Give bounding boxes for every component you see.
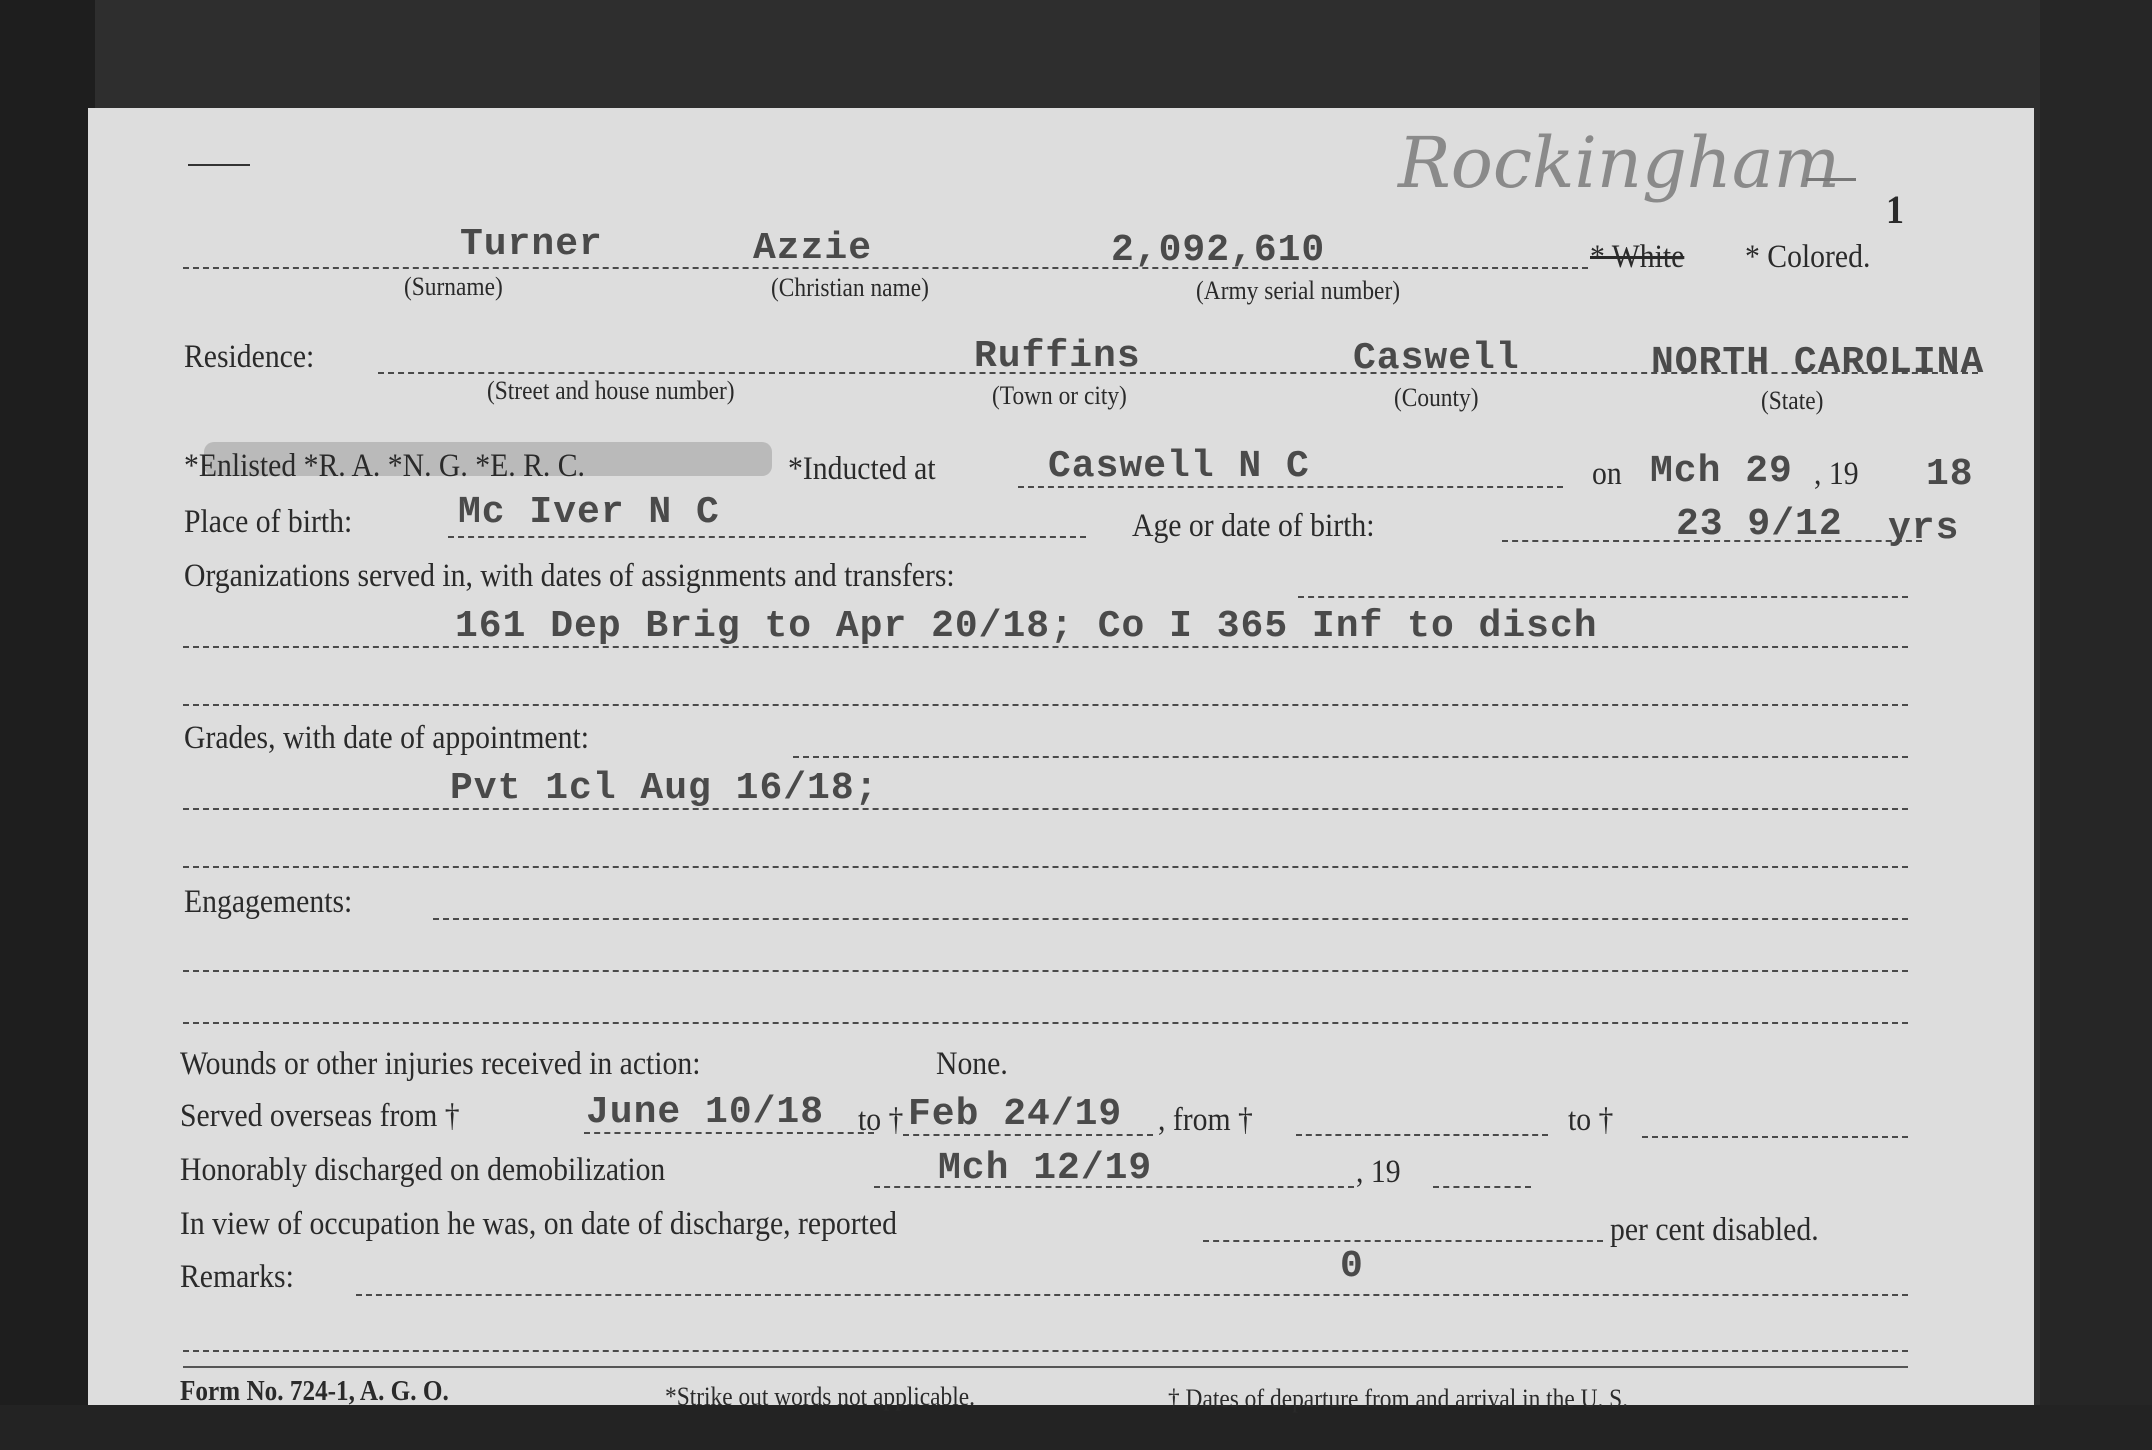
strike-out-note: *Strike out words not applicable. xyxy=(665,1384,975,1410)
place-of-birth-line xyxy=(448,536,1086,538)
state-label: (State) xyxy=(1761,388,1823,414)
organizations-value: 161 Dep Brig to Apr 20/18; Co I 365 Inf … xyxy=(455,608,1598,646)
remarks-label: Remarks: xyxy=(180,1261,294,1294)
on-label: on xyxy=(1592,458,1622,491)
scan-background-right xyxy=(2040,0,2152,1450)
organizations-line-3 xyxy=(183,704,1908,706)
engagements-label: Engagements: xyxy=(184,886,352,919)
surname-value: Turner xyxy=(460,226,603,264)
grades-label: Grades, with date of appointment: xyxy=(184,722,589,755)
enlistment-options-struck: *Enlisted *R. A. *N. G. *E. R. C. xyxy=(184,450,585,483)
overseas-from-value: June 10/18 xyxy=(586,1094,824,1132)
handwritten-county-annotation: Rockingham xyxy=(1398,128,1840,198)
engagements-line-2 xyxy=(183,970,1908,972)
form-number: Form No. 724-1, A. G. O. xyxy=(180,1378,449,1406)
annotation-dash xyxy=(1806,178,1856,181)
organizations-line-1 xyxy=(1298,596,1908,598)
overseas-to-value: Feb 24/19 xyxy=(908,1096,1122,1134)
age-unit: yrs xyxy=(1888,510,1959,548)
christian-name-value: Azzie xyxy=(753,230,872,268)
wounds-label: Wounds or other injuries received in act… xyxy=(180,1048,701,1081)
top-mark xyxy=(188,164,250,166)
place-of-birth-label: Place of birth: xyxy=(184,506,352,539)
remarks-line-2 xyxy=(183,1350,1908,1352)
scan-background-bottom xyxy=(0,1405,2152,1450)
induction-date-value: Mch 29 xyxy=(1650,453,1793,491)
surname-label: (Surname) xyxy=(404,274,503,300)
overseas-from2-label: , from † xyxy=(1158,1104,1253,1137)
discharge-year-label: , 19 xyxy=(1356,1156,1401,1189)
year-prefix-label: , 19 xyxy=(1814,458,1859,491)
serial-number-value: 2,092,610 xyxy=(1111,232,1325,270)
overseas-to-label: to † xyxy=(858,1104,903,1137)
disability-value: 0 xyxy=(1340,1248,1364,1286)
race-white-struck: * White xyxy=(1590,241,1684,274)
card-number: 1 xyxy=(1886,190,1904,230)
discharge-label: Honorably discharged on demobilization xyxy=(180,1154,665,1187)
place-of-birth-value: Mc Iver N C xyxy=(458,494,720,532)
age-value: 23 9/12 xyxy=(1676,506,1843,544)
serial-number-label: (Army serial number) xyxy=(1196,278,1400,304)
grades-line-2 xyxy=(183,808,1908,810)
induction-year-value: 18 xyxy=(1926,456,1974,494)
grades-line-3 xyxy=(183,866,1908,868)
inducted-at-value: Caswell N C xyxy=(1048,448,1310,486)
age-label: Age or date of birth: xyxy=(1132,510,1374,543)
town-label: (Town or city) xyxy=(992,383,1127,409)
scan-background-left xyxy=(0,0,95,1450)
footer-rule xyxy=(183,1366,1908,1368)
overseas-to2-line xyxy=(1642,1136,1908,1138)
disability-line xyxy=(1203,1240,1603,1242)
service-record-card: Rockingham 1 Turner Azzie 2,092,610 (Sur… xyxy=(88,108,2034,1405)
street-label: (Street and house number) xyxy=(487,378,735,404)
residence-label: Residence: xyxy=(184,341,314,374)
grades-value: Pvt 1cl Aug 16/18; xyxy=(450,770,878,808)
county-label: (County) xyxy=(1394,385,1479,411)
grades-line-1 xyxy=(793,756,1908,758)
inducted-label: *Inducted at xyxy=(788,453,936,486)
overseas-to2-label: to † xyxy=(1568,1104,1613,1137)
disability-label: In view of occupation he was, on date of… xyxy=(180,1208,897,1241)
discharge-year-line xyxy=(1433,1186,1531,1188)
town-value: Ruffins xyxy=(974,338,1141,376)
disability-suffix: per cent disabled. xyxy=(1610,1214,1819,1247)
christian-name-label: (Christian name) xyxy=(771,275,929,301)
wounds-value: None. xyxy=(936,1048,1008,1081)
organizations-label: Organizations served in, with dates of a… xyxy=(184,560,955,593)
overseas-from2-line xyxy=(1296,1134,1548,1136)
state-value: NORTH CAROLINA xyxy=(1651,344,1984,382)
engagements-line-3 xyxy=(183,1022,1908,1024)
engagements-line-1 xyxy=(433,918,1908,920)
county-value: Caswell xyxy=(1353,340,1520,378)
remarks-line-1 xyxy=(356,1294,1908,1296)
race-colored: * Colored. xyxy=(1745,241,1870,274)
dates-note: † Dates of departure from and arrival in… xyxy=(1168,1386,1628,1412)
overseas-from-label: Served overseas from † xyxy=(180,1100,460,1133)
name-line xyxy=(183,267,1588,269)
discharge-date-value: Mch 12/19 xyxy=(938,1150,1152,1188)
